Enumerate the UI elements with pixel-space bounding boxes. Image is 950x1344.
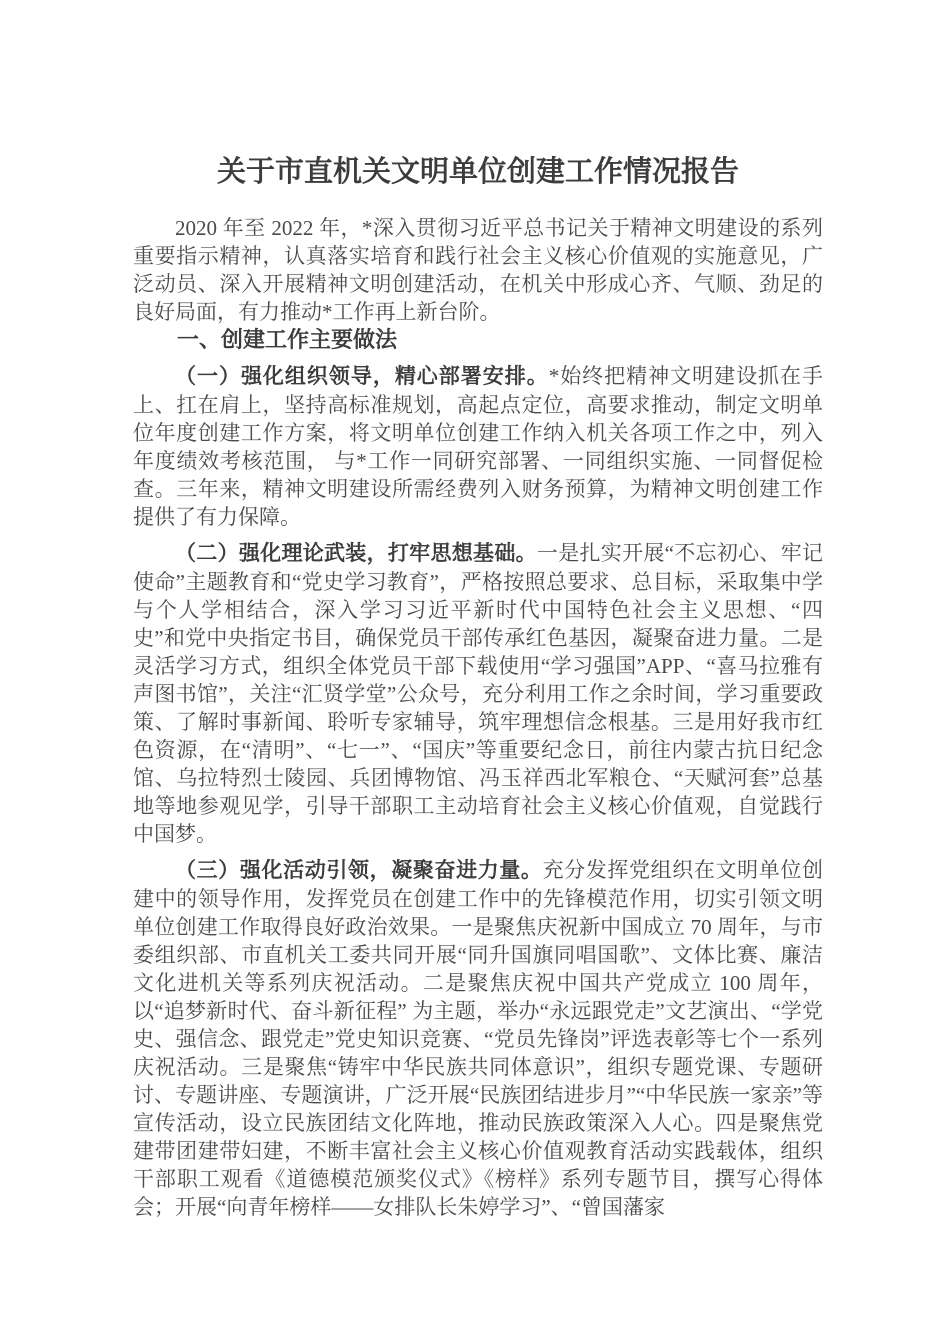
document-title: 关于市直机关文明单位创建工作情况报告: [133, 150, 823, 194]
paragraph-section-3-text: 充分发挥党组织在文明单位创建中的领导作用，发挥党员在创建工作中的先锋模范作用，切…: [133, 858, 823, 1219]
section-heading: 一、创建工作主要做法: [133, 326, 823, 354]
paragraph-section-2-text: 一是扎实开展“不忘初心、牢记使命”主题教育和“党史学习教育”，严格按照总要求、总…: [133, 541, 823, 846]
paragraph-section-3: （三）强化活动引领，凝聚奋进力量。充分发挥党组织在文明单位创建中的领导作用，发挥…: [133, 856, 823, 1221]
intro-paragraph: 2020 年至 2022 年，*深入贯彻习近平总书记关于精神文明建设的系列重要指…: [133, 214, 823, 326]
document-page: 关于市直机关文明单位创建工作情况报告 2020 年至 2022 年，*深入贯彻习…: [0, 0, 950, 1344]
paragraph-section-1-lead: （一）强化组织领导，精心部署安排。: [175, 365, 549, 388]
paragraph-section-2: （二）强化理论武装，打牢思想基础。一是扎实开展“不忘初心、牢记使命”主题教育和“…: [133, 539, 823, 848]
paragraph-section-1: （一）强化组织领导，精心部署安排。*始终把精神文明建设抓在手上、扛在肩上，坚持高…: [133, 362, 823, 531]
paragraph-section-1-text: *始终把精神文明建设抓在手上、扛在肩上，坚持高标准规划，高起点定位，高要求推动，…: [133, 364, 823, 529]
paragraph-section-3-lead: （三）强化活动引领，凝聚奋进力量。: [175, 859, 543, 882]
paragraph-section-2-lead: （二）强化理论武装，打牢思想基础。: [175, 542, 537, 565]
